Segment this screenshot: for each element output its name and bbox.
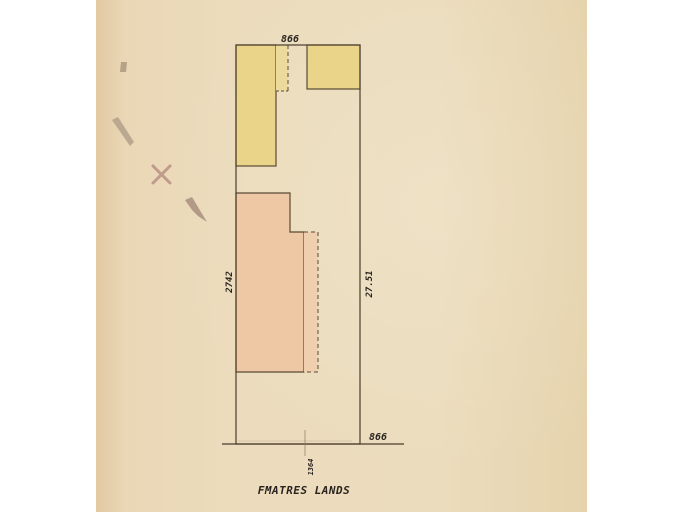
yellow-outbuilding-right	[307, 45, 360, 89]
building-extension	[304, 232, 318, 372]
yellow-outbuilding-extension	[276, 45, 288, 91]
right-length-label: 27.51	[365, 270, 375, 298]
main-building	[236, 193, 304, 372]
site-plan: 866 866 2742 27.51 1364 FMATRES LANDS	[0, 0, 683, 512]
center-mark-label: 1364	[307, 459, 315, 476]
top-width-label: 866	[281, 34, 299, 45]
street-name-label: FMATRES LANDS	[258, 484, 351, 497]
bottom-width-label: 866	[369, 432, 387, 443]
yellow-outbuilding-left	[236, 45, 276, 166]
north-arrow-icon	[112, 62, 207, 222]
left-length-label: 2742	[225, 271, 235, 294]
cross-marker-icon	[153, 166, 170, 183]
